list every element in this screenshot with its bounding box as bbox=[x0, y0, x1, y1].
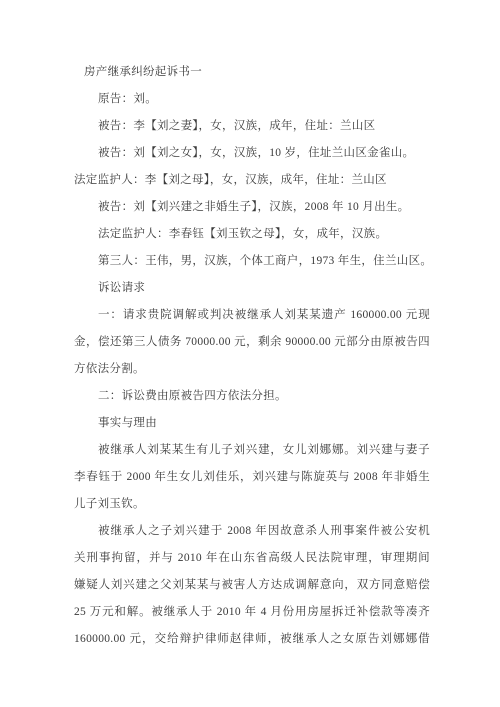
document-text-block: 房产继承纠纷起诉书一原告：刘。被告：李【刘之妻】，女，汉族，成年，住址：兰山区被… bbox=[74, 59, 430, 653]
document-line: 李春钰于 2000 年生女儿刘佳乐，刘兴建与陈旋英与 2008 年非婚生 bbox=[74, 464, 430, 491]
document-line: 160000.00 元，交给辩护律师赵律师，被继承人之女原告刘娜娜借 bbox=[74, 626, 430, 653]
document-line: 嫌疑人刘兴建之父刘某某与被害人方达成调解意向，双方同意赔偿 bbox=[74, 572, 430, 599]
document-line: 法定监护人：李【刘之母】，女，汉族，成年，住址：兰山区 bbox=[74, 167, 430, 194]
document-line: 关刑事拘留，并与 2010 年在山东省高级人民法院审理，审理期间 bbox=[74, 545, 430, 572]
section-heading: 诉讼请求 bbox=[74, 275, 430, 302]
document-line: 金，偿还第三人债务 70000.00 元，剩余 90000.00 元部分由原被告… bbox=[74, 329, 430, 356]
document-line: 被告：刘【刘兴建之非婚生子】，汉族，2008 年 10 月出生。 bbox=[74, 194, 430, 221]
document-line: 一：请求贵院调解或判决被继承人刘某某遗产 160000.00 元现 bbox=[74, 302, 430, 329]
document-line: 被告：刘【刘之女】，女，汉族，10 岁，住址兰山区金雀山。 bbox=[74, 140, 430, 167]
document-line: 第三人：王伟，男，汉族，个体工商户，1973 年生，住兰山区。 bbox=[74, 248, 430, 275]
document-line: 被继承人刘某某生有儿子刘兴建，女儿刘娜娜。刘兴建与妻子 bbox=[74, 437, 430, 464]
section-heading: 事实与理由 bbox=[74, 410, 430, 437]
document-line: 二：诉讼费由原被告四方依法分担。 bbox=[74, 383, 430, 410]
document-page: 房产继承纠纷起诉书一原告：刘。被告：李【刘之妻】，女，汉族，成年，住址：兰山区被… bbox=[0, 0, 500, 707]
document-line: 被告：李【刘之妻】，女，汉族，成年，住址：兰山区 bbox=[74, 113, 430, 140]
document-line: 被继承人之子刘兴建于 2008 年因故意杀人刑事案件被公安机 bbox=[74, 518, 430, 545]
document-line: 方依法分割。 bbox=[74, 356, 430, 383]
document-line: 儿子刘玉钦。 bbox=[74, 491, 430, 518]
document-line: 25 万元和解。被继承人于 2010 年 4 月份用房屋拆迁补偿款等凑齐 bbox=[74, 599, 430, 626]
document-title: 房产继承纠纷起诉书一 bbox=[74, 59, 430, 86]
document-line: 法定监护人：李春钰【刘玉钦之母】，女，成年，汉族。 bbox=[74, 221, 430, 248]
document-line: 原告：刘。 bbox=[74, 86, 430, 113]
